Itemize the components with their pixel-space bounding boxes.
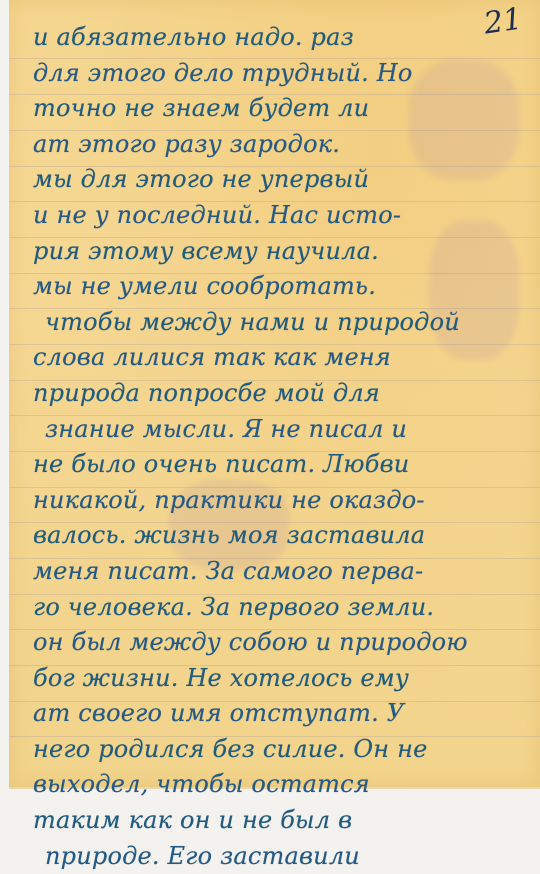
text-line: он был между собою и природою [33, 625, 526, 661]
text-line: ат этого разу зародок. [33, 127, 526, 163]
text-line: го человека. За первого земли. [33, 590, 526, 626]
text-line: ат своего имя отступат. У [33, 696, 526, 732]
text-line: не было очень писат. Любви [33, 447, 526, 483]
text-line: мы для этого не упервый [33, 162, 526, 198]
text-line: чтобы между нами и природой [33, 305, 526, 341]
text-line: знание мысли. Я не писал и [33, 412, 526, 448]
text-line: бог жизни. Не хотелось ему [33, 661, 526, 697]
text-line: валось. жизнь моя заставила [33, 518, 526, 554]
text-line: точно не знаем будет ли [33, 91, 526, 127]
text-line: меня писат. За самого перва- [33, 554, 526, 590]
text-line: природа попросбе мой для [33, 376, 526, 412]
text-line: выходел, чтобы остатся [33, 767, 526, 795]
text-line: и не у последний. Нас исто- [33, 198, 526, 234]
manuscript-page: 21 и абязательно надо. раз для этого дел… [9, 0, 540, 789]
text-line: никакой, практики не оказдо- [33, 483, 526, 519]
handwritten-text: и абязательно надо. раз для этого дело т… [33, 20, 526, 795]
text-line: для этого дело трудный. Но [33, 56, 526, 92]
text-line: слова лилися так как меня [33, 340, 526, 376]
text-line: мы не умели сообротать. [33, 269, 526, 305]
text-line: и абязательно надо. раз [33, 20, 526, 56]
text-line: рия этому всему научила. [33, 234, 526, 270]
text-line: него родился без силие. Он не [33, 732, 526, 768]
